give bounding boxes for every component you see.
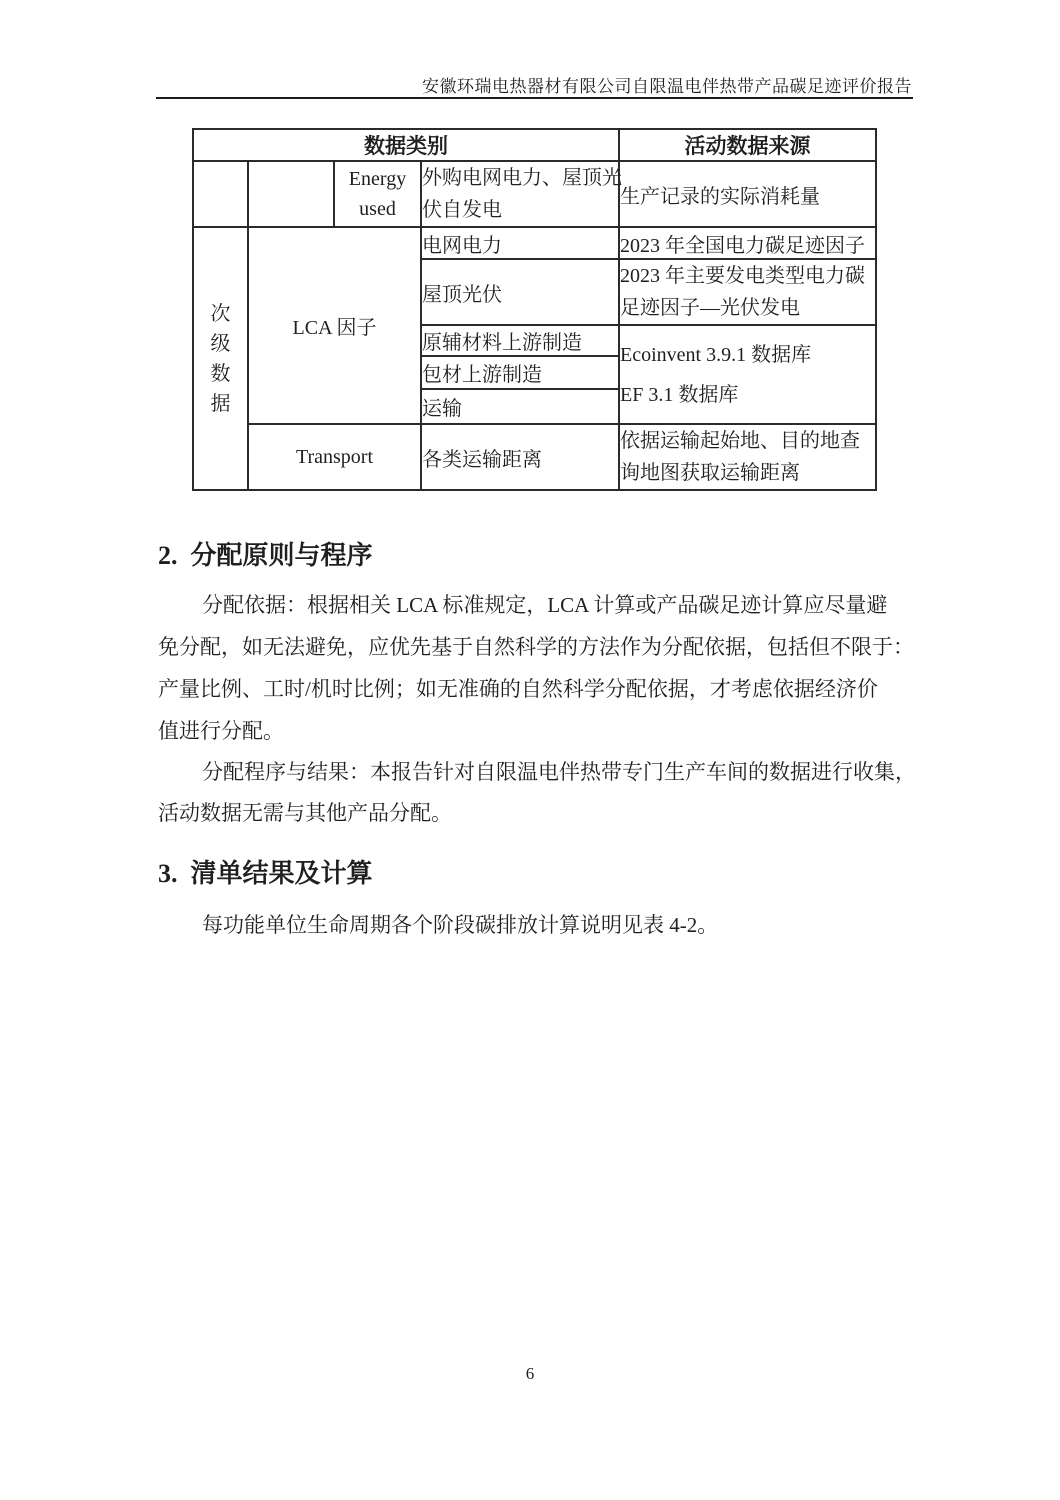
inventory-paragraph-1: 每功能单位生命周期各个阶段碳排放计算说明见表 4-2。 — [158, 904, 918, 946]
table-row-grid-power: 次 级 数 据 LCA 因子 电网电力 2023 年全国电力碳足迹因子 — [193, 227, 876, 259]
table-header-row: 数据类别 活动数据来源 — [193, 129, 876, 161]
para-line: 每功能单位生命周期各个阶段碳排放计算说明见表 4-2。 — [158, 904, 918, 946]
allocation-paragraph-1: 分配依据：根据相关 LCA 标准规定，LCA 计算或产品碳足迹计算应尽量避 免分… — [158, 584, 918, 752]
cell-lca-factor-label: LCA 因子 — [248, 227, 421, 424]
data-source-table: 数据类别 活动数据来源 Energy used 外购电网电力、屋顶光 伏自发电 … — [192, 128, 877, 491]
cell-database-source: Ecoinvent 3.9.1 数据库 EF 3.1 数据库 — [619, 325, 876, 424]
section-3-heading: 3. 清单结果及计算 — [158, 853, 373, 890]
header-cell-data-category: 数据类别 — [193, 129, 619, 161]
running-header-title: 安徽环瑞电热器材有限公司自限温电伴热带产品碳足迹评价报告 — [158, 72, 912, 97]
page-number: 6 — [0, 1364, 1060, 1384]
cell-rooftop-pv-item: 屋顶光伏 — [421, 259, 619, 325]
allocation-paragraph-2: 分配程序与结果：本报告针对自限温电伴热带专门生产车间的数据进行收集， 活动数据无… — [158, 752, 918, 834]
empty-cell — [193, 161, 248, 227]
cell-rooftop-pv-source: 2023 年主要发电类型电力碳 足迹因子—光伏发电 — [619, 259, 876, 325]
para-line: 产量比例、工时/机时比例；如无准确的自然科学分配依据，才考虑依据经济价 — [158, 668, 918, 710]
cell-grid-power-source: 2023 年全国电力碳足迹因子 — [619, 227, 876, 259]
cell-transport-distance-item: 各类运输距离 — [421, 424, 619, 490]
section-2-heading: 2. 分配原则与程序 — [158, 535, 373, 572]
cell-transport-label: Transport — [248, 424, 421, 490]
table-row-transport: Transport 各类运输距离 依据运输起始地、目的地查 询地图获取运输距离 — [193, 424, 876, 490]
cell-secondary-data-label: 次 级 数 据 — [193, 227, 248, 490]
cell-transport-item: 运输 — [421, 389, 619, 424]
header-divider-rule — [156, 97, 913, 99]
table-row-energy-used: Energy used 外购电网电力、屋顶光 伏自发电 生产记录的实际消耗量 — [193, 161, 876, 227]
section-3-title: 清单结果及计算 — [191, 853, 373, 890]
section-3-number: 3. — [158, 859, 178, 889]
para-line: 值进行分配。 — [158, 710, 918, 752]
cell-energy-item: 外购电网电力、屋顶光 伏自发电 — [421, 161, 619, 227]
section-2-number: 2. — [158, 541, 178, 571]
empty-cell — [248, 161, 334, 227]
cell-packaging-item: 包材上游制造 — [421, 356, 619, 389]
para-line: 免分配，如无法避免，应优先基于自然科学的方法作为分配依据，包括但不限于： — [158, 626, 918, 668]
cell-grid-power-item: 电网电力 — [421, 227, 619, 259]
header-cell-activity-source: 活动数据来源 — [619, 129, 876, 161]
report-page: 安徽环瑞电热器材有限公司自限温电伴热带产品碳足迹评价报告 数据类别 活动数据来源… — [0, 0, 1060, 1500]
cell-energy-source: 生产记录的实际消耗量 — [619, 161, 876, 227]
cell-energy-used-label: Energy used — [334, 161, 421, 227]
para-line: 分配程序与结果：本报告针对自限温电伴热带专门生产车间的数据进行收集， — [158, 752, 918, 793]
cell-raw-materials-item: 原辅材料上游制造 — [421, 325, 619, 356]
para-line: 分配依据：根据相关 LCA 标准规定，LCA 计算或产品碳足迹计算应尽量避 — [158, 584, 918, 626]
cell-transport-source: 依据运输起始地、目的地查 询地图获取运输距离 — [619, 424, 876, 490]
para-line: 活动数据无需与其他产品分配。 — [158, 793, 918, 834]
section-2-title: 分配原则与程序 — [191, 535, 373, 572]
